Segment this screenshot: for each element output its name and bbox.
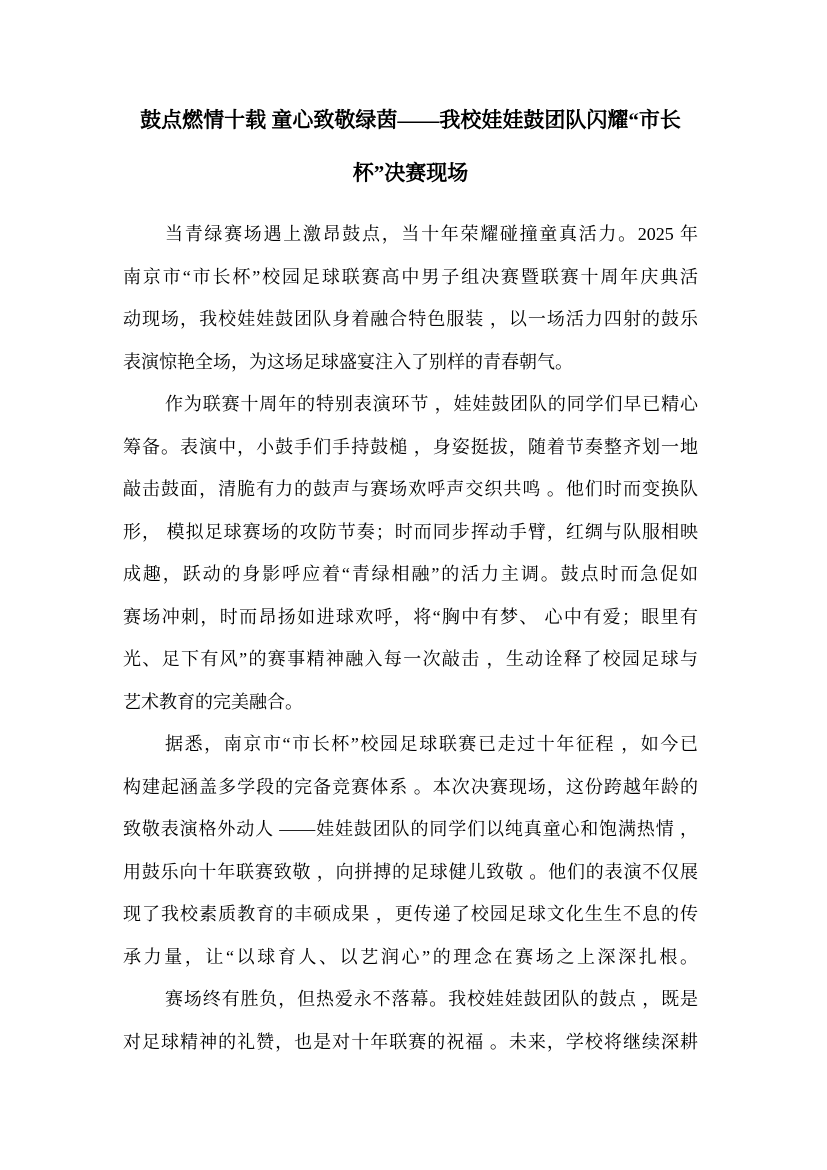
text-line: 敲击鼓面，清脆有力的鼓声与赛场欢呼声交织共鸣 。他们时而变换队 [123, 468, 698, 511]
text-line: 据悉，南京市“市长杯”校园足球联赛已走过十年征程 ，如今已 [123, 723, 698, 766]
text-line: 作为联赛十周年的特别表演环节 ，娃娃鼓团队的同学们早已精心 [123, 383, 698, 426]
text-line: 致敬表演格外动人 ——娃娃鼓团队的同学们以纯真童心和饱满热情 ， [123, 808, 698, 851]
title-line: 鼓点燃情十载 童心致敬绿茵——我校娃娃鼓团队闪耀“市长 [123, 94, 698, 147]
document-body: 当青绿赛场遇上激昂鼓点，当十年荣耀碰撞童真活力。2025 年南京市“市长杯”校园… [123, 213, 698, 1063]
text-line: 表演惊艳全场，为这场足球盛宴注入了别样的青春朝气。 [123, 341, 698, 384]
text-line: 赛场终有胜负，但热爱永不落幕。我校娃娃鼓团队的鼓点 ，既是 [123, 978, 698, 1021]
paragraph: 作为联赛十周年的特别表演环节 ，娃娃鼓团队的同学们早已精心筹备。表演中，小鼓手们… [123, 383, 698, 723]
text-line: 动现场，我校娃娃鼓团队身着融合特色服装 ，以一场活力四射的鼓乐 [123, 298, 698, 341]
text-line: 艺术教育的完美融合。 [123, 681, 698, 724]
document-page: 鼓点燃情十载 童心致敬绿茵——我校娃娃鼓团队闪耀“市长杯”决赛现场 当青绿赛场遇… [0, 0, 827, 1170]
text-line: 承力量，让“以球育人、以艺润心”的理念在赛场之上深深扎根。 [123, 936, 698, 979]
paragraph: 当青绿赛场遇上激昂鼓点，当十年荣耀碰撞童真活力。2025 年南京市“市长杯”校园… [123, 213, 698, 383]
text-line: 南京市“市长杯”校园足球联赛高中男子组决赛暨联赛十周年庆典活 [123, 256, 698, 299]
text-line: 构建起涵盖多学段的完备竞赛体系 。本次决赛现场，这份跨越年龄的 [123, 766, 698, 809]
paragraph: 据悉，南京市“市长杯”校园足球联赛已走过十年征程 ，如今已构建起涵盖多学段的完备… [123, 723, 698, 978]
text-line: 成趣，跃动的身影呼应着“青绿相融”的活力主调。鼓点时而急促如 [123, 553, 698, 596]
text-line: 筹备。表演中，小鼓手们手持鼓槌 ，身姿挺拔，随着节奏整齐划一地 [123, 426, 698, 469]
title-line: 杯”决赛现场 [123, 147, 698, 200]
text-line: 形， 模拟足球赛场的攻防节奏；时而同步挥动手臂，红绸与队服相映 [123, 511, 698, 554]
text-line: 赛场冲刺，时而昂扬如进球欢呼，将“胸中有梦、 心中有爱；眼里有 [123, 596, 698, 639]
text-line: 用鼓乐向十年联赛致敬 ，向拼搏的足球健儿致敬 。他们的表演不仅展 [123, 851, 698, 894]
document-content: 鼓点燃情十载 童心致敬绿茵——我校娃娃鼓团队闪耀“市长杯”决赛现场 当青绿赛场遇… [123, 94, 698, 1063]
paragraph: 赛场终有胜负，但热爱永不落幕。我校娃娃鼓团队的鼓点 ，既是对足球精神的礼赞，也是… [123, 978, 698, 1063]
text-line: 当青绿赛场遇上激昂鼓点，当十年荣耀碰撞童真活力。2025 年 [123, 213, 698, 256]
text-line: 对足球精神的礼赞，也是对十年联赛的祝福 。未来，学校将继续深耕 [123, 1021, 698, 1064]
text-line: 现了我校素质教育的丰硕成果 ，更传递了校园足球文化生生不息的传 [123, 893, 698, 936]
text-line: 光、足下有风”的赛事精神融入每一次敲击 ，生动诠释了校园足球与 [123, 638, 698, 681]
document-title: 鼓点燃情十载 童心致敬绿茵——我校娃娃鼓团队闪耀“市长杯”决赛现场 [123, 94, 698, 200]
